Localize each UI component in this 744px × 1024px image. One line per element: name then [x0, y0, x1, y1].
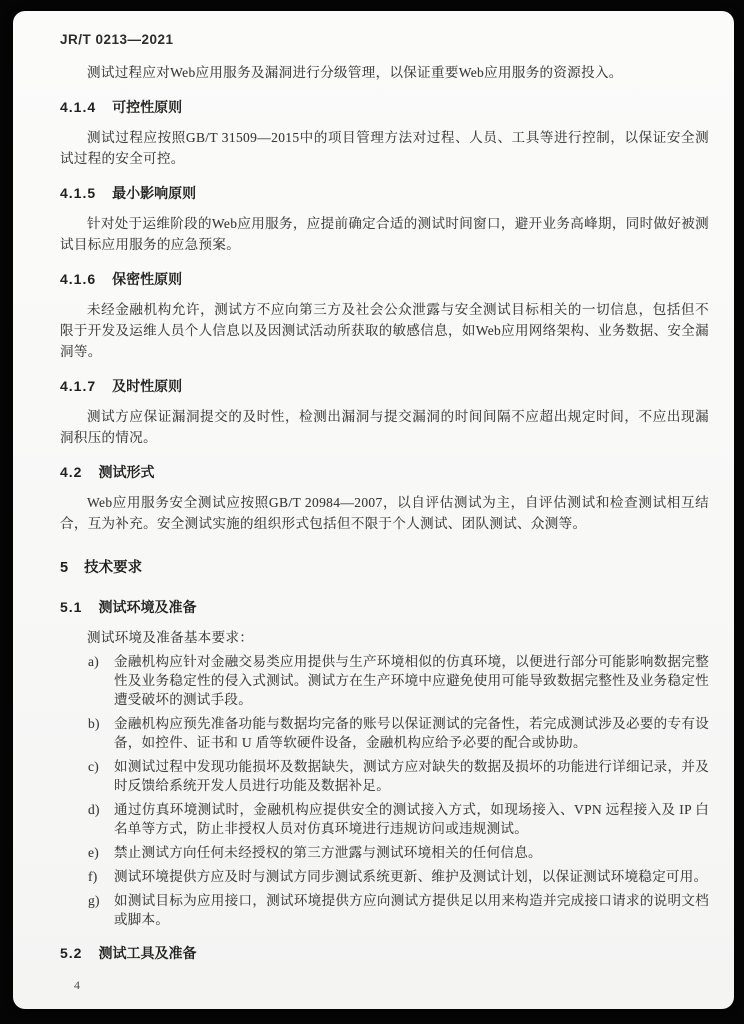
- heading-number: 4.1.4: [60, 99, 96, 115]
- page-number: 4: [74, 978, 81, 993]
- list-item-text: 测试环境提供方应及时与测试方同步测试系统更新、维护及测试计划，以保证测试环境稳定…: [114, 867, 709, 886]
- running-header: JR/T 0213—2021: [60, 32, 709, 48]
- section-heading-4-1-4: 4.1.4可控性原则: [60, 99, 709, 115]
- heading-number: 5.1: [60, 599, 82, 615]
- list-item: b) 金融机构应预先准备功能与数据均完备的账号以保证测试的完备性，若完成测试涉及…: [88, 714, 709, 752]
- paragraph: 测试过程应对Web应用服务及漏洞进行分级管理，以保证重要Web应用服务的资源投入…: [60, 62, 709, 83]
- section-heading-4-1-7: 4.1.7及时性原则: [60, 378, 709, 394]
- requirements-list: a) 金融机构应针对金融交易类应用提供与生产环境相似的仿真环境，以便进行部分可能…: [88, 652, 709, 929]
- list-item: g) 如测试目标为应用接口，测试环境提供方应向测试方提供足以用来构造并完成接口请…: [88, 891, 709, 929]
- list-item-label: f): [88, 867, 114, 886]
- heading-number: 4.1.7: [60, 378, 96, 394]
- paragraph: Web应用服务安全测试应按照GB/T 20984—2007，以自评估测试为主，自…: [60, 492, 709, 534]
- document-page: JR/T 0213—2021 测试过程应对Web应用服务及漏洞进行分级管理，以保…: [13, 11, 734, 1009]
- page-content: JR/T 0213—2021 测试过程应对Web应用服务及漏洞进行分级管理，以保…: [60, 32, 709, 1009]
- chapter-heading-5: 5技术要求: [60, 560, 709, 577]
- section-heading-4-2: 4.2测试形式: [60, 464, 709, 480]
- list-item-label: c): [88, 757, 114, 795]
- heading-title: 技术要求: [84, 560, 142, 576]
- list-item-text: 禁止测试方向任何未经授权的第三方泄露与测试环境相关的任何信息。: [114, 843, 709, 862]
- heading-title: 测试环境及准备: [98, 599, 196, 615]
- list-item-text: 如测试过程中发现功能损坏及数据缺失，测试方应对缺失的数据及损坏的功能进行详细记录…: [114, 757, 709, 795]
- list-item-label: d): [88, 800, 114, 838]
- list-item-text: 如测试目标为应用接口，测试环境提供方应向测试方提供足以用来构造并完成接口请求的说…: [114, 891, 709, 929]
- list-item: c) 如测试过程中发现功能损坏及数据缺失，测试方应对缺失的数据及损坏的功能进行详…: [88, 757, 709, 795]
- list-item-text: 金融机构应预先准备功能与数据均完备的账号以保证测试的完备性，若完成测试涉及必要的…: [114, 714, 709, 752]
- list-item-text: 通过仿真环境测试时，金融机构应提供安全的测试接入方式，如现场接入、VPN 远程接…: [114, 800, 709, 838]
- list-item-label: g): [88, 891, 114, 929]
- list-item: d) 通过仿真环境测试时，金融机构应提供安全的测试接入方式，如现场接入、VPN …: [88, 800, 709, 838]
- heading-title: 测试工具及准备: [98, 945, 196, 961]
- heading-number: 5.2: [60, 945, 82, 961]
- paragraph: 针对处于运维阶段的Web应用服务，应提前确定合适的测试时间窗口，避开业务高峰期，…: [60, 213, 709, 255]
- heading-title: 保密性原则: [112, 271, 182, 287]
- heading-title: 可控性原则: [112, 99, 182, 115]
- paragraph: 测试过程应按照GB/T 31509—2015中的项目管理方法对过程、人员、工具等…: [60, 127, 709, 169]
- list-item: a) 金融机构应针对金融交易类应用提供与生产环境相似的仿真环境，以便进行部分可能…: [88, 652, 709, 709]
- list-intro: 测试环境及准备基本要求：: [60, 627, 709, 648]
- section-heading-5-2: 5.2测试工具及准备: [60, 945, 709, 961]
- list-item-label: e): [88, 843, 114, 862]
- heading-number: 4.2: [60, 464, 82, 480]
- list-item-label: a): [88, 652, 114, 709]
- section-heading-5-1: 5.1测试环境及准备: [60, 599, 709, 615]
- heading-title: 及时性原则: [112, 378, 182, 394]
- section-heading-4-1-5: 4.1.5最小影响原则: [60, 185, 709, 201]
- list-item-label: b): [88, 714, 114, 752]
- viewer-background: { "doc": { "running_header": "JR/T 0213—…: [0, 0, 744, 1024]
- heading-title: 测试形式: [98, 464, 154, 480]
- list-item: e) 禁止测试方向任何未经授权的第三方泄露与测试环境相关的任何信息。: [88, 843, 709, 862]
- list-item: f) 测试环境提供方应及时与测试方同步测试系统更新、维护及测试计划，以保证测试环…: [88, 867, 709, 886]
- list-item-text: 金融机构应针对金融交易类应用提供与生产环境相似的仿真环境，以便进行部分可能影响数…: [114, 652, 709, 709]
- heading-title: 最小影响原则: [112, 185, 196, 201]
- heading-number: 5: [60, 560, 68, 576]
- heading-number: 4.1.5: [60, 185, 96, 201]
- paragraph: 测试方应保证漏洞提交的及时性，检测出漏洞与提交漏洞的时间间隔不应超出规定时间，不…: [60, 406, 709, 448]
- heading-number: 4.1.6: [60, 271, 96, 287]
- paragraph: 未经金融机构允许，测试方不应向第三方及社会公众泄露与安全测试目标相关的一切信息，…: [60, 299, 709, 362]
- section-heading-4-1-6: 4.1.6保密性原则: [60, 271, 709, 287]
